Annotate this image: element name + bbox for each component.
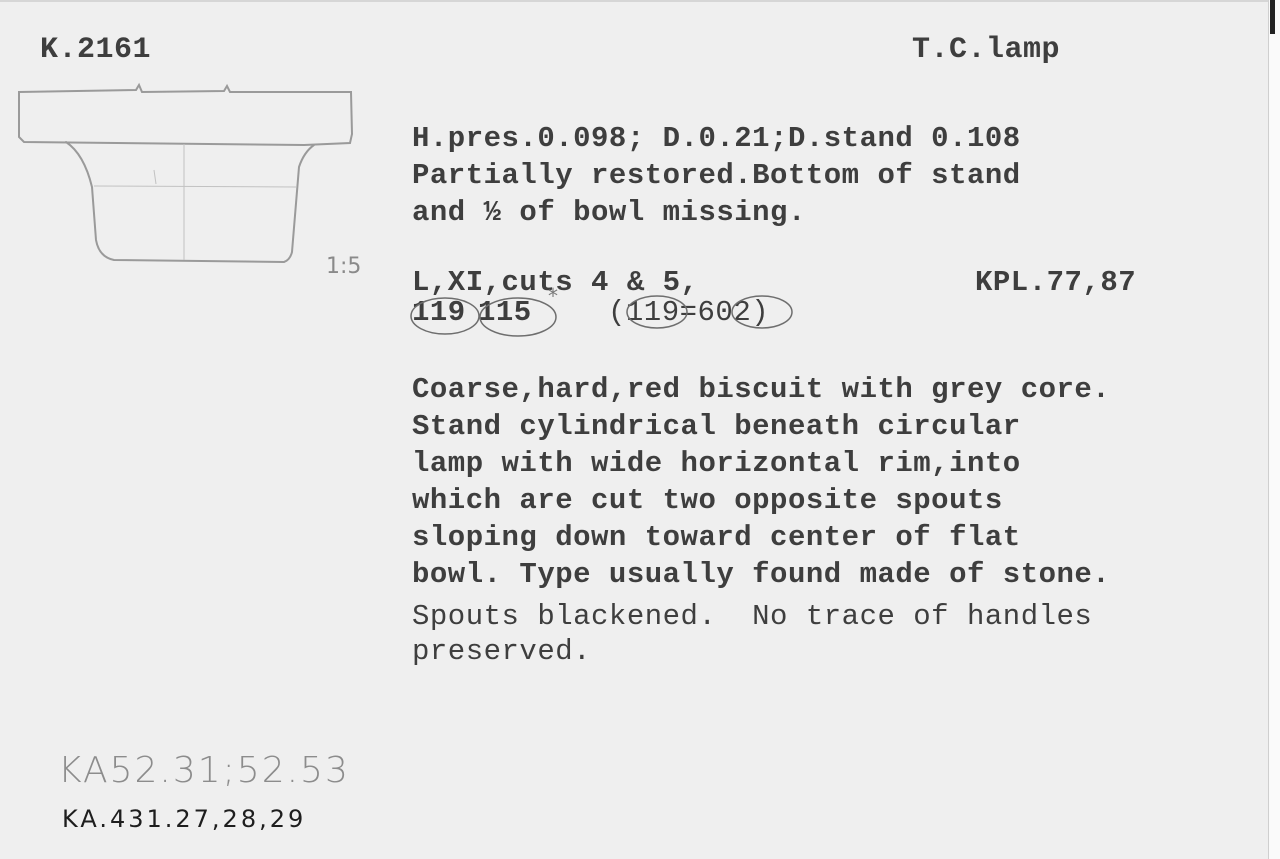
object-type: T.C.lamp xyxy=(912,32,1060,69)
catalog-number: K.2161 xyxy=(40,32,151,69)
edge-mark xyxy=(1270,0,1275,34)
catalog-card: K.2161 T.C.lamp 1:5 H.pres.0.098; D.0.21… xyxy=(0,2,1268,859)
description-line-5: sloping down toward center of flat xyxy=(412,519,1021,556)
handwritten-inventory-2: KA.431.27,28,29 xyxy=(62,805,306,833)
description-line-3: lamp with wide horizontal rim,into xyxy=(412,445,1021,482)
handwritten-inventory-1: KA52.31;52.53 xyxy=(58,750,350,791)
measurements-line-3: and ½ of bowl missing. xyxy=(412,194,806,231)
plate-reference: KPL.77,87 xyxy=(975,264,1136,301)
description-line-4: which are cut two opposite spouts xyxy=(412,482,1003,519)
description-line-6: bowl. Type usually found made of stone. xyxy=(412,556,1110,593)
measurements-line-1: H.pres.0.098; D.0.21;D.stand 0.108 xyxy=(412,120,1021,157)
description-line-7: Spouts blackened. No trace of handles xyxy=(412,598,1092,635)
description-line-2: Stand cylindrical beneath circular xyxy=(412,408,1021,445)
card-right-edge xyxy=(1268,0,1280,859)
description-line-1: Coarse,hard,red biscuit with grey core. xyxy=(412,371,1110,408)
description-line-8: preserved. xyxy=(412,633,591,670)
measurements-line-2: Partially restored.Bottom of stand xyxy=(412,157,1021,194)
hand-circles xyxy=(400,290,820,350)
lamp-profile-drawing xyxy=(14,82,364,277)
scale-note: 1:5 xyxy=(326,254,361,279)
